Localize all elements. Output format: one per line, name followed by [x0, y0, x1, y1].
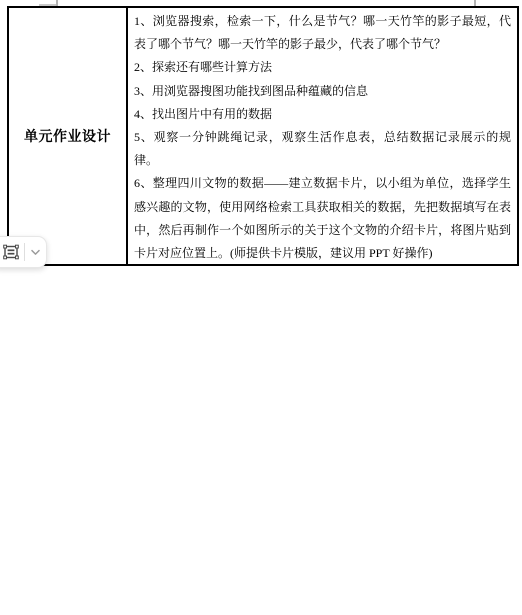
select-table-button[interactable] — [3, 237, 19, 267]
assignment-item-4[interactable]: 4、找出图片中有用的数据 — [134, 103, 511, 126]
assignment-item-5[interactable]: 5、观察一分钟跳绳记录，观察生活作息表，总结数据记录展示的规律。 — [134, 126, 511, 172]
table-row-label-cell[interactable]: 单元作业设计 — [9, 8, 126, 264]
document-page: 单元作业设计 1、浏览器搜索，检索一下，什么是节气？哪一天竹竿的影子最短，代表了… — [0, 0, 522, 615]
table-floating-toolbar — [0, 236, 47, 268]
toolbar-expand-button[interactable] — [29, 237, 42, 267]
table-content-cell[interactable]: 1、浏览器搜索，检索一下，什么是节气？哪一天竹竿的影子最短，代表了哪个节气？哪一… — [126, 8, 517, 264]
chevron-down-icon — [29, 246, 42, 259]
assignment-item-3[interactable]: 3、用浏览器搜图功能找到图品种蕴藏的信息 — [134, 80, 511, 103]
assignment-item-1[interactable]: 1、浏览器搜索，检索一下，什么是节气？哪一天竹竿的影子最短，代表了哪个节气？哪一… — [134, 10, 511, 56]
assignment-item-2[interactable]: 2、探索还有哪些计算方法 — [134, 56, 511, 79]
toolbar-divider — [24, 243, 25, 261]
assignment-table: 单元作业设计 1、浏览器搜索，检索一下，什么是节气？哪一天竹竿的影子最短，代表了… — [7, 6, 519, 266]
textbox-select-icon — [3, 244, 19, 260]
assignment-item-6[interactable]: 6、整理四川文物的数据——建立数据卡片，以小组为单位，选择学生感兴趣的文物，使用… — [134, 172, 511, 264]
